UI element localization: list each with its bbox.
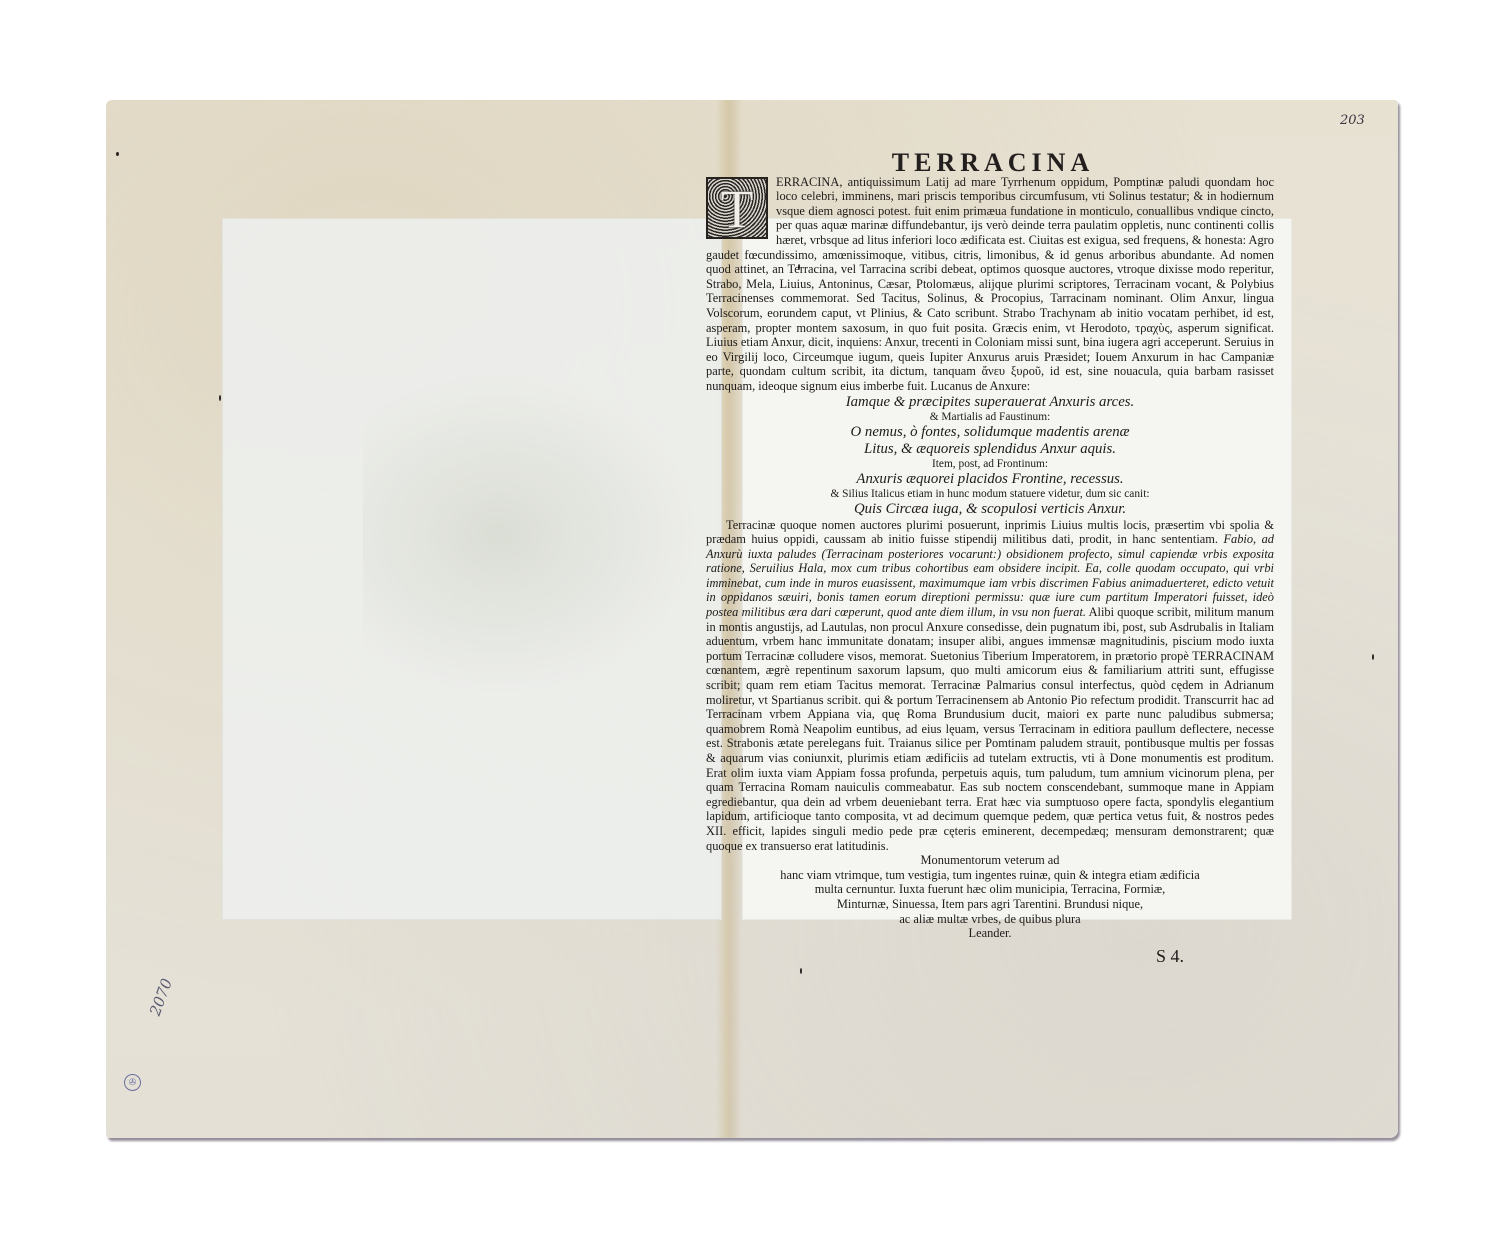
ink-speck (1372, 654, 1374, 660)
page-title: TERRACINA (706, 156, 1274, 171)
paragraph-1: ERRACINA, antiquissimum Latij ad mare Ty… (706, 175, 1274, 394)
pencil-page-number: 203 (1340, 113, 1365, 128)
verse-silius: Quis Circæa iuga, & scopulosi verticis A… (706, 501, 1274, 518)
collector-stamp-icon: ✇ (124, 1074, 141, 1091)
verse-frontinus: Anxuris æquorei placidos Frontine, reces… (706, 471, 1274, 488)
intro-frontinus: Item, post, ad Frontinum: (706, 458, 1274, 471)
verse-lucan: Iamque & præcipites superauerat Anxuris … (706, 394, 1274, 411)
paragraph-2: Terracinæ quoque nomen auctores plurimi … (706, 518, 1274, 854)
drop-cap-letter: T (708, 182, 766, 236)
verse-martial-2: Litus, & æquoreis splendidus Anxur aquis… (706, 441, 1274, 458)
intro-silius: & Silius Italicus etiam in hunc modum st… (706, 488, 1274, 501)
tail-line-6: Leander. (706, 926, 1274, 941)
tail-line-3: multa cernuntur. Iuxta fuerunt hæc olim … (706, 882, 1274, 897)
text-column: TERRACINA T ERRACINA, antiquissimum Lati… (706, 156, 1274, 941)
tail-line-1: Monumentorum veterum ad (706, 853, 1274, 868)
tail-line-2: hanc viam vtrimque, tum vestigia, tum in… (706, 868, 1274, 883)
paragraph-2-start: Terracinæ quoque nomen auctores plurimi … (706, 518, 1274, 547)
left-plate-mark (222, 218, 722, 920)
paragraph-2-rest: Alibi quoque scribit, militum manum in m… (706, 605, 1274, 853)
intro-martial: & Martialis ad Faustinum: (706, 411, 1274, 424)
ink-speck (116, 152, 119, 156)
signature-mark: S 4. (1156, 946, 1184, 967)
show-through-image (363, 369, 703, 699)
ink-speck (800, 968, 802, 974)
tail-line-5: ac aliæ multæ vrbes, de quibus plura (706, 912, 1274, 927)
decorated-initial-icon: T (706, 177, 768, 239)
tail-line-4: Minturnæ, Sinuessa, Item pars agri Taren… (706, 897, 1274, 912)
ink-speck (219, 395, 221, 401)
ink-speck (798, 264, 800, 270)
verse-martial-1: O nemus, ò fontes, solidumque madentis a… (706, 424, 1274, 441)
